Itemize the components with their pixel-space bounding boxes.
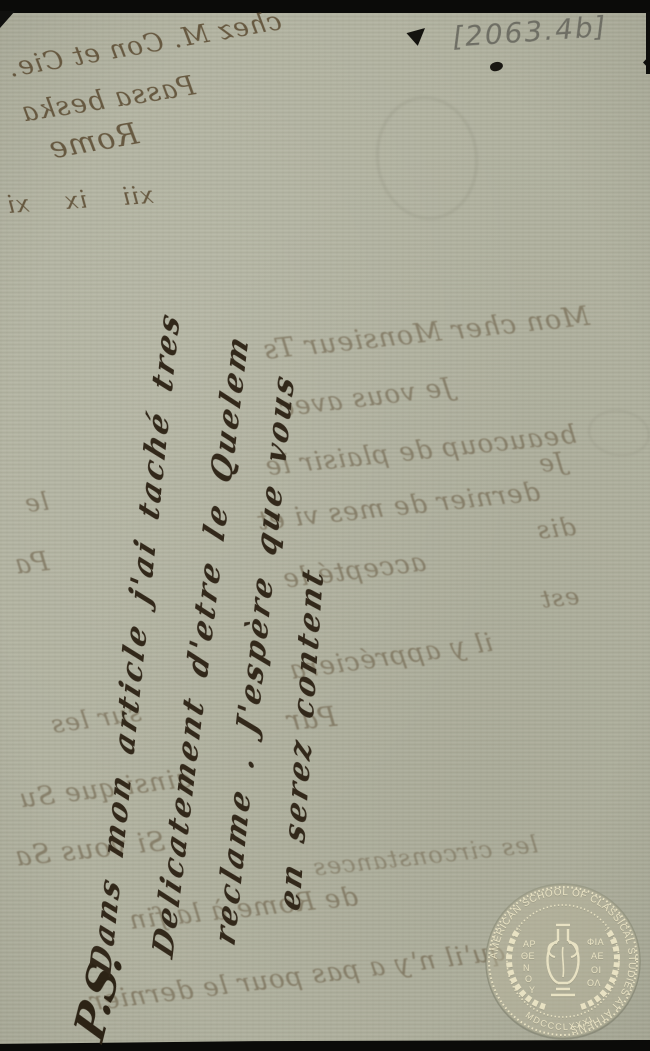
seal-greek-right-3: ΟΛ xyxy=(587,978,601,988)
showthrough-fragment: le xyxy=(23,487,51,518)
showthrough-line: Mon cher Monsieur Ts xyxy=(261,301,591,366)
ink-blot-large xyxy=(406,28,427,47)
showthrough-fragment: Je xyxy=(537,447,567,479)
showthrough-fragment: dis xyxy=(535,512,578,545)
showthrough-fragment: Pa xyxy=(12,546,50,580)
stamp-ghost-circle xyxy=(369,90,485,226)
seal-greek-left-3: Ο xyxy=(525,974,533,984)
address-line-numerals: xii ix xi xyxy=(5,181,154,219)
showthrough-line: Si vous Sa xyxy=(13,826,167,873)
showthrough-line: beaucoup de plaisir le xyxy=(263,420,578,483)
showthrough-line: dernier de mes vi et xyxy=(255,477,541,537)
address-line: Rome xyxy=(46,116,142,166)
seal-greek-left-0: ΑΡ xyxy=(523,939,536,949)
scan-corner-mark xyxy=(0,11,15,28)
showthrough-fragment: est xyxy=(539,582,581,614)
address-line: chez M. Con et Cie. xyxy=(6,6,284,84)
address-line: Passa beska xyxy=(19,70,198,128)
seal-greek-left-1: ΘΕ xyxy=(521,951,535,961)
stamp-ghost-oval xyxy=(585,406,650,460)
ink-blot-small xyxy=(489,60,504,73)
showthrough-line: Je vous avec xyxy=(277,372,454,423)
showthrough-line: les circonstances xyxy=(311,830,539,882)
embossed-seal: AMERICAN SCHOOL OF CLASSICAL STUDIES AT … xyxy=(483,881,643,1041)
seal-greek-left-2: Ν xyxy=(523,963,530,973)
seal-graphic: AMERICAN SCHOOL OF CLASSICAL STUDIES AT … xyxy=(483,881,643,1041)
seal-greek-right-0: ΦΙΑ xyxy=(587,937,604,947)
seal-greek-left-4: Υ xyxy=(529,985,536,995)
scan-edge-top xyxy=(0,0,650,13)
seal-greek-right-2: ΟΙ xyxy=(591,965,602,975)
seal-greek-right-1: ΑΕ xyxy=(591,951,604,961)
manuscript-scan: [2063.4b] chez M. Con et Cie. Passa besk… xyxy=(0,0,650,1051)
catalog-number: [2063.4b] xyxy=(451,10,609,54)
